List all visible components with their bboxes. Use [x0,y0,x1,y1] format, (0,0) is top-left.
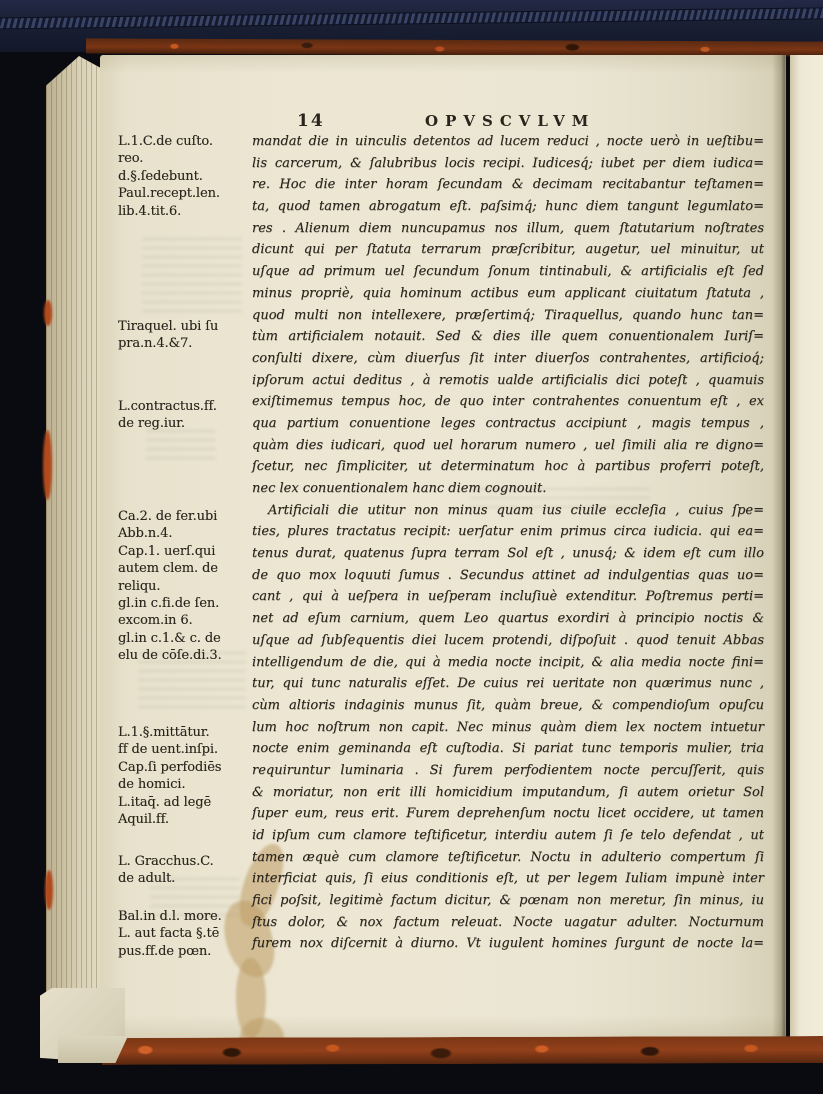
margin-note-line: ff de uent.inſpi. [118,741,256,758]
body-line: lis carcerum, & ſalubribus locis recipi.… [252,153,764,175]
body-text: mandat die in uinculis detentos ad lucem… [252,131,764,955]
margin-note-line: Bal.in d.l. more. [118,908,256,925]
margin-note-group: Tiraquel. ubi ſupra.n.4.&7. [118,318,256,353]
body-line: dicunt qui per ſtatuta terrarum præſcrib… [252,239,764,261]
book-photo: 14 OPVSCVLVM L.1.C.de cuſto.reo.d.§.ſede… [0,0,823,1094]
margin-note-line: L.itaq̄. ad legē [118,794,256,811]
margin-note-line: elu de cōſe.di.3. [118,647,256,664]
margin-note-line: L.1.C.de cuſto. [118,133,256,150]
body-line: cant , qui à ueſpera in ueſperam incluſi… [252,586,764,608]
margin-note-line: Tiraquel. ubi ſu [118,318,256,335]
body-line: conſulti dixere, cùm diuerſus ſit inter … [252,348,764,370]
body-line: lum hoc noſtrum non capit. Nec minus quà… [252,717,764,739]
margin-note-line: lib.4.tit.6. [118,203,256,220]
body-line: uſque ad primum uel ſecundum ſonum tinti… [252,261,764,283]
margin-note-line: L.contractus.ff. [118,398,256,415]
body-line: ſcetur, nec ſimpliciter, ut determinatum… [252,456,764,478]
margin-note-line: de reg.iur. [118,415,256,432]
margin-note-line: Aquil.ff. [118,811,256,828]
body-line: quàm dies iudicari, quod uel horarum num… [252,435,764,457]
body-line: res . Alienum diem nuncupamus nos illum,… [252,218,764,240]
margin-note-line: gl.in c.1.& c. de [118,630,256,647]
margin-note-group: L.1.§.mittātur.ff de uent.inſpi.Cap.ſi p… [118,724,256,828]
body-line: ties, plures tractatus recipit: uerſatur… [252,521,764,543]
margin-note-line: Abb.n.4. [118,525,256,542]
margin-note-line: L.1.§.mittātur. [118,724,256,741]
margin-note-line: L. Gracchus.C. [118,853,256,870]
marble-fleck [44,300,52,326]
body-line: tùm artificialem notauit. Sed & dies ill… [252,326,764,348]
margin-note-line: gl.in c.fi.de ſen. [118,595,256,612]
body-line: minus propriè, quia hominum actibus eum … [252,283,764,305]
body-line: mandat die in uinculis detentos ad lucem… [252,131,764,153]
margin-note-line: de homici. [118,776,256,793]
body-line: qua partium conuentione leges contractus… [252,413,764,435]
body-line: ſtus dolor, & nox factum releuat. Nocte … [252,912,764,934]
margin-note-line: reo. [118,150,256,167]
margin-note-group: L.1.C.de cuſto.reo.d.§.ſedebunt.Paul.rec… [118,133,256,220]
body-line: quod multi non intellexere, præſertimq́;… [252,305,764,327]
margin-note-group: L.contractus.ff.de reg.iur. [118,398,256,433]
fore-edge-page-stack [46,56,106,1044]
marble-fleck [43,430,52,500]
margin-note-line: pus.ff.de pœn. [118,943,256,960]
margin-note-line: pra.n.4.&7. [118,335,256,352]
body-line: uſque ad ſubſequentis diei lucem protend… [252,630,764,652]
body-line: tamen æquè cum clamore teſtificetur. Noc… [252,847,764,869]
margin-note-line: autem clem. de [118,560,256,577]
margin-note-line: d.§.ſedebunt. [118,168,256,185]
margin-note-group: L. Gracchus.C.de adult. [118,853,256,888]
body-line: exiſtimemus tempus hoc, de quo inter con… [252,391,764,413]
margin-note-line: Cap.1. uerſ.qui [118,543,256,560]
margin-note-line: de adult. [118,870,256,887]
body-line: re. Hoc die inter horam ſecundam & decim… [252,174,764,196]
body-line: requiruntur luminaria . Si furem perfodi… [252,760,764,782]
body-line: Artificiali die utitur non minus quam iu… [252,500,764,522]
gutter-crease [772,55,792,1041]
body-line: ta, quod tamen abrogatum eſt. paſsimq́; … [252,196,764,218]
body-line: fici poſsit, legitimè factum dicitur, & … [252,890,764,912]
margin-note-group: Ca.2. de fer.ubiAbb.n.4.Cap.1. uerſ.quia… [118,508,256,665]
page-number: 14 [297,111,325,131]
body-line: nec lex conuentionalem hanc diem cognoui… [252,478,764,500]
body-line: net ad eſum carnium, quem Leo quartus ex… [252,608,764,630]
margin-note-line: Ca.2. de fer.ubi [118,508,256,525]
body-line: tur, qui tunc naturalis eſſet. De cuius … [252,673,764,695]
body-line: nocte enim geminanda eſt cuſtodia. Si pa… [252,738,764,760]
margin-note-line: reliqu. [118,578,256,595]
marble-fleck [45,870,53,910]
margin-notes: L.1.C.de cuſto.reo.d.§.ſedebunt.Paul.rec… [118,0,256,1094]
margin-note-line: excom.in 6. [118,612,256,629]
body-line: interficiat quis, ſi eius conditionis eſ… [252,868,764,890]
running-title: OPVSCVLVM [425,112,595,130]
margin-note-group: Bal.in d.l. more.L. aut facta §.tēpus.ff… [118,908,256,960]
margin-note-line: Paul.recept.len. [118,185,256,202]
body-line: id ipſum cum clamore teſtificetur, inter… [252,825,764,847]
facing-page-edge [790,55,823,1041]
body-line: ipſorum actui deditus , à remotis ualde … [252,370,764,392]
body-line: & moriatur, non erit illi homicidium imp… [252,782,764,804]
body-line: tenus durat, quatenus ſupra terram Sol e… [252,543,764,565]
body-line: ſuper eum, reus erit. Furem deprehenſum … [252,803,764,825]
body-line: cùm altioris indaginis munus ſit, quàm b… [252,695,764,717]
body-line: intelligendum de die, qui à media nocte … [252,652,764,674]
bottom-board-marbled-edge [102,1036,823,1065]
margin-note-line: Cap.ſi perfodiēs [118,759,256,776]
margin-note-line: L. aut facta §.tē [118,925,256,942]
body-line: furem nox diſcernit à diurno. Vt iugulen… [252,933,764,955]
body-line: de quo mox loquuti ſumus . Secundus atti… [252,565,764,587]
